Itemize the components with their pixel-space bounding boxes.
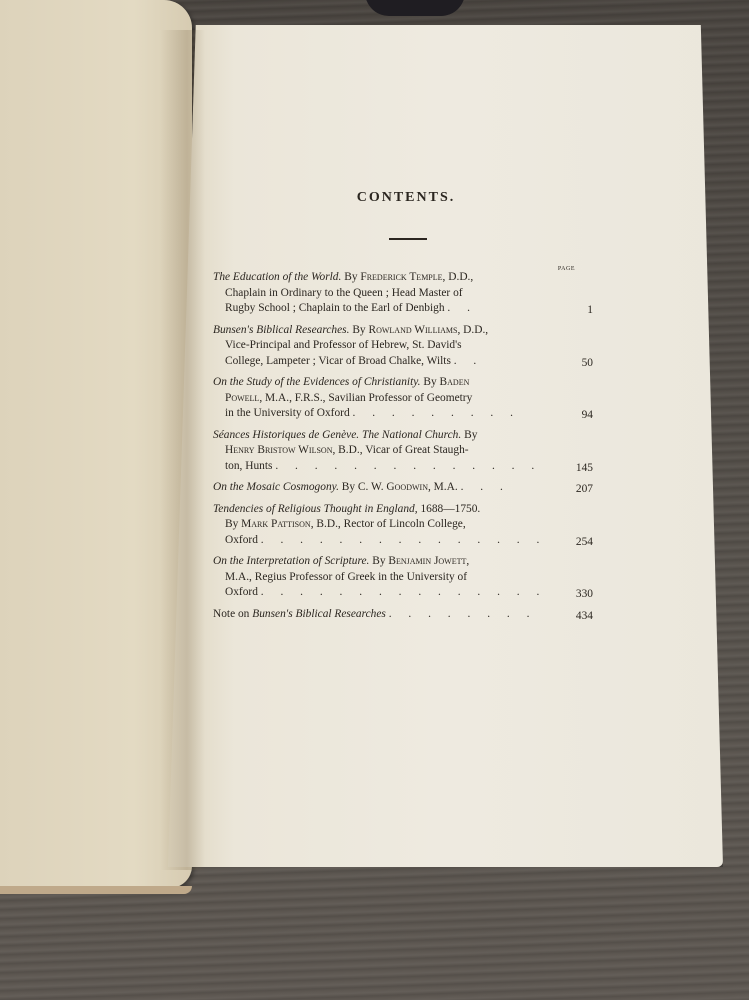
page-number: 1	[561, 303, 593, 319]
essay-title: The Education of the World.	[213, 271, 341, 283]
note-prefix: Note on	[213, 608, 249, 620]
author-description: , B.D., Rector of Lincoln College,	[311, 518, 466, 530]
page-number: 145	[561, 461, 593, 477]
essay-years: 1688—1750.	[420, 503, 480, 515]
author-name: Powell	[225, 392, 259, 404]
dot-leader: . . . . . . . . . . . . . .	[275, 460, 541, 472]
contents-entry: Tendencies of Religious Thought in Engla…	[213, 502, 593, 549]
essay-title: On the Study of the Evidences of Christi…	[213, 376, 421, 388]
by-label: By	[372, 555, 385, 567]
dot-leader: . . . . . . . . . . . . . . .	[261, 586, 547, 598]
page-number: 50	[561, 356, 593, 372]
dot-leader: . . . . . . . .	[389, 608, 537, 620]
essay-title: Tendencies of Religious Thought in Engla…	[213, 503, 418, 515]
essay-title: Séances Historiques de Genève. The Natio…	[213, 429, 461, 441]
author-description: Oxford	[225, 586, 258, 598]
contents-entry: Note on Bunsen's Biblical Researches . .…	[213, 607, 593, 623]
author-description: Rugby School ; Chaplain to the Earl of D…	[225, 302, 445, 314]
page-number: 254	[561, 535, 593, 551]
contents-page: CONTENTS. PAGE The Education of the Worl…	[213, 190, 593, 628]
page-number: 330	[561, 587, 593, 603]
page-number: 434	[561, 609, 593, 625]
essay-title: Bunsen's Biblical Researches.	[213, 324, 349, 336]
contents-entry: On the Mosaic Cosmogony. By C. W. Goodwi…	[213, 480, 593, 496]
by-label: By C. W.	[342, 481, 384, 493]
author-credentials: ,	[466, 555, 469, 567]
author-name: Baden	[440, 376, 470, 388]
dot-leader: . . . . . . . . . . . . . . .	[261, 534, 547, 546]
author-description: in the University of Oxford	[225, 407, 350, 419]
contents-entry: The Education of the World. By Frederick…	[213, 270, 593, 317]
contents-list: The Education of the World. By Frederick…	[213, 270, 593, 622]
dot-leader: . .	[447, 302, 477, 314]
dot-leader: . . .	[461, 481, 510, 493]
author-description: M.A., Regius Professor of Greek in the U…	[213, 570, 555, 586]
author-description: Oxford	[225, 534, 258, 546]
author-credentials: , M.A.	[428, 481, 458, 493]
by-label: By	[225, 518, 238, 530]
dark-object-on-desk	[365, 0, 465, 16]
contents-entry: On the Study of the Evidences of Christi…	[213, 375, 593, 422]
author-description: , B.D., Vicar of Great Staugh-	[332, 444, 468, 456]
author-name: Frederick Temple	[360, 271, 442, 283]
author-name: Goodwin	[386, 481, 428, 493]
author-name: Benjamin Jowett	[388, 555, 466, 567]
dot-leader: . . . . . . . . .	[353, 407, 520, 419]
contents-entry: On the Interpretation of Scripture. By B…	[213, 554, 593, 601]
author-name: Rowland Williams	[368, 324, 457, 336]
book-gutter	[160, 30, 205, 870]
by-label: By	[423, 376, 436, 388]
page-number: 207	[561, 482, 593, 498]
author-description: ton, Hunts	[225, 460, 272, 472]
author-credentials: , D.D.,	[443, 271, 474, 283]
contents-entry: Bunsen's Biblical Researches. By Rowland…	[213, 323, 593, 370]
essay-title: Bunsen's Biblical Researches	[252, 608, 386, 620]
contents-entry: Séances Historiques de Genève. The Natio…	[213, 428, 593, 475]
by-label: By	[352, 324, 365, 336]
by-label: By	[344, 271, 357, 283]
essay-title: On the Interpretation of Scripture.	[213, 555, 369, 567]
author-name: Henry Bristow Wilson	[225, 444, 332, 456]
author-description: College, Lampeter ; Vicar of Broad Chalk…	[225, 355, 451, 367]
author-description: Vice-Principal and Professor of Hebrew, …	[213, 338, 555, 354]
page-number: 94	[561, 408, 593, 424]
essay-title: On the Mosaic Cosmogony.	[213, 481, 339, 493]
author-description: , M.A., F.R.S., Savilian Professor of Ge…	[259, 392, 472, 404]
author-description: Chaplain in Ordinary to the Queen ; Head…	[213, 286, 555, 302]
author-name: Mark Pattison	[241, 518, 311, 530]
heading-rule	[389, 238, 427, 240]
by-label: By	[464, 429, 477, 441]
dot-leader: . .	[454, 355, 484, 367]
contents-heading: CONTENTS.	[213, 190, 593, 206]
author-credentials: , D.D.,	[457, 324, 488, 336]
